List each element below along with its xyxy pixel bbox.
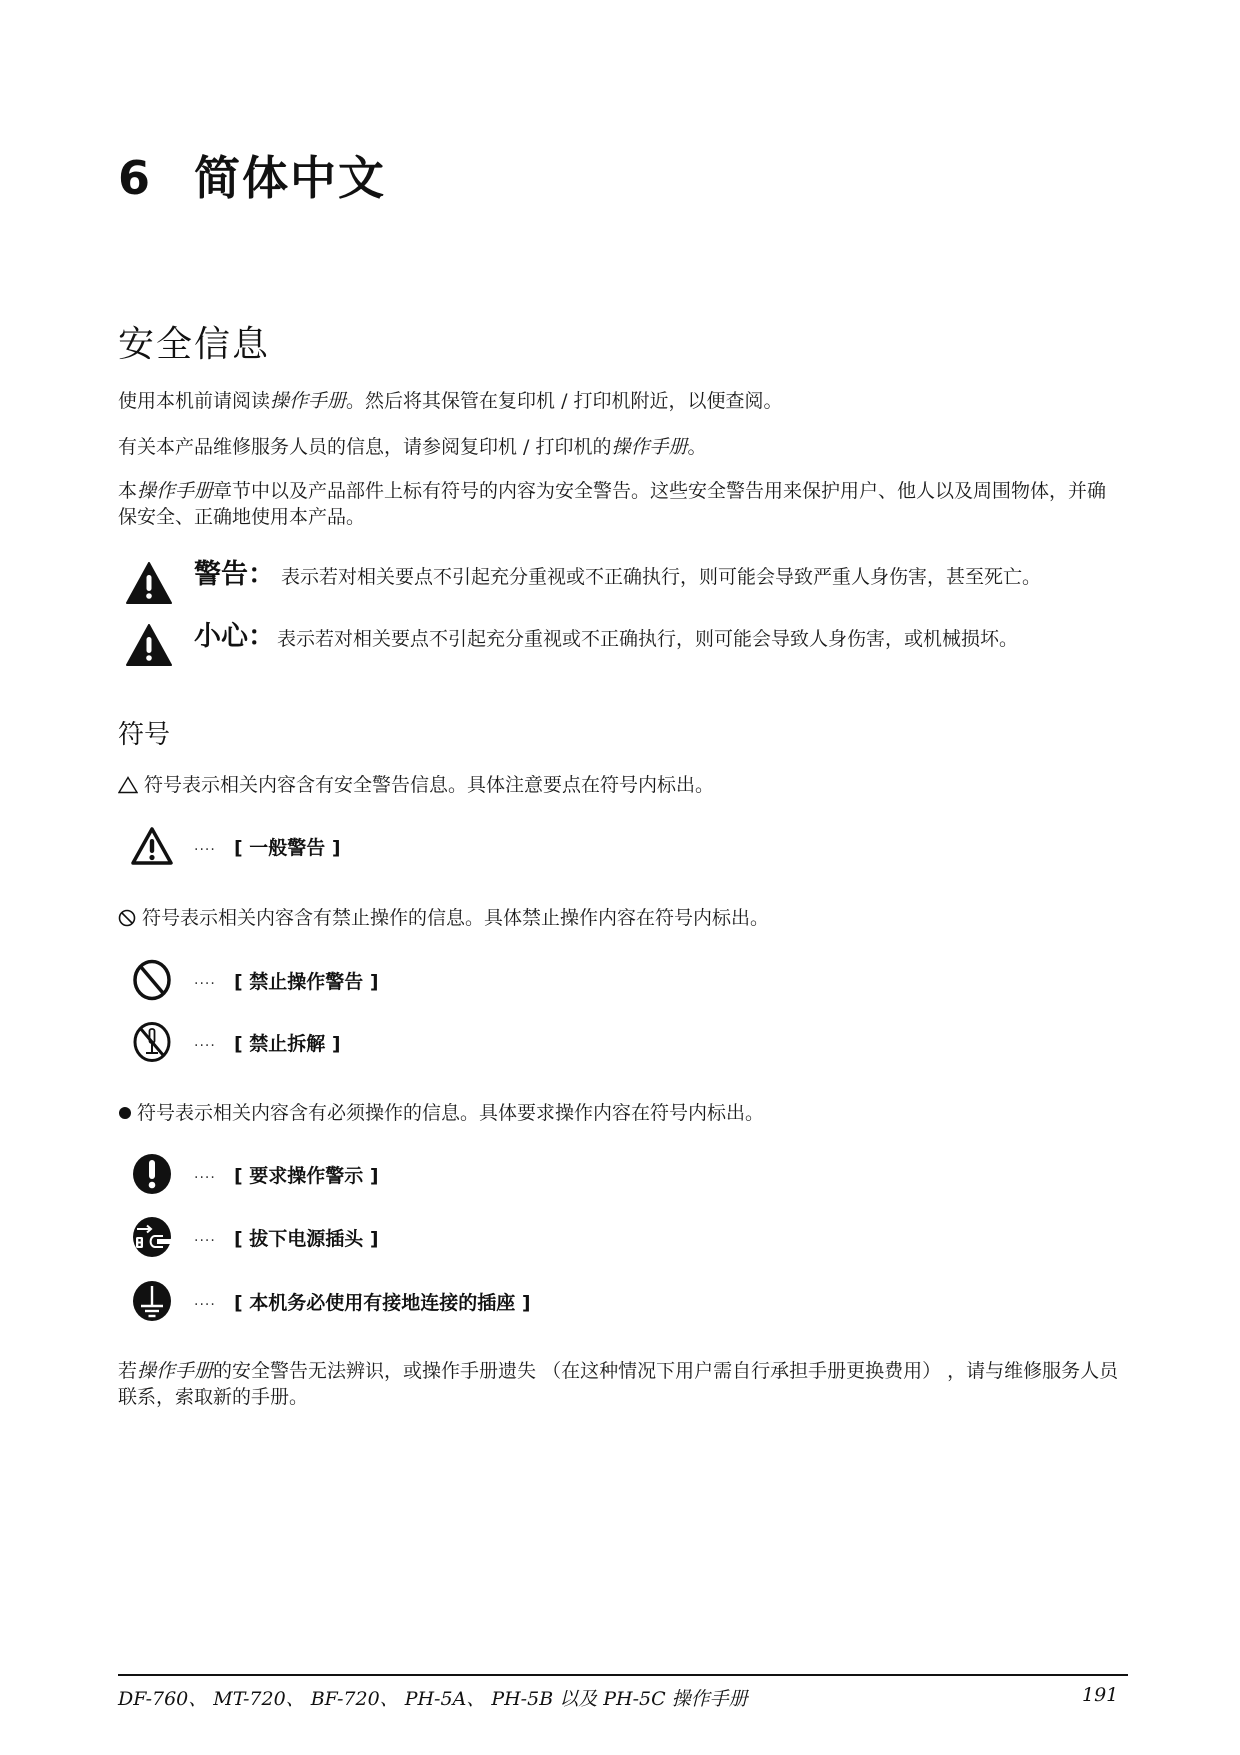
- symbol-item: .... [ 拔下电源插头 ]: [130, 1215, 379, 1259]
- manual-title-italic: 操作手册: [137, 1360, 213, 1382]
- text: 本: [118, 480, 137, 502]
- leader-dots: ....: [194, 1166, 234, 1182]
- closing-paragraph: 若操作手册的安全警告无法辨识，或操作手册遗失 （在这种情况下用户需自行承担手册更…: [118, 1358, 1124, 1410]
- text: 符号表示相关内容含有必须操作的信息。具体要求操作内容在符号内标出。: [137, 1100, 764, 1126]
- chapter-title: 简体中文: [194, 151, 386, 205]
- warning-definition: 警告： 表示若对相关要点不引起充分重视或不正确执行，则可能会导致严重人身伤害，甚…: [194, 552, 1041, 591]
- text: 若: [118, 1360, 137, 1382]
- intro-paragraph-1: 使用本机前请阅读操作手册。然后将其保管在复印机 / 打印机附近，以便查阅。: [118, 388, 783, 414]
- general-warning-icon: [130, 824, 174, 868]
- symbol-item: .... [ 要求操作警示 ]: [130, 1152, 379, 1196]
- leader-dots: ....: [194, 972, 234, 988]
- symbol-label: [ 拔下电源插头 ]: [234, 1224, 379, 1251]
- text: 。: [688, 436, 707, 458]
- symbol-group-warning-description: 符号表示相关内容含有安全警告信息。具体注意要点在符号内标出。: [118, 772, 714, 798]
- symbol-label: [ 要求操作警示 ]: [234, 1161, 379, 1188]
- text: 符号表示相关内容含有安全警告信息。具体注意要点在符号内标出。: [144, 772, 714, 798]
- symbol-item: .... [ 本机务必使用有接地连接的插座 ]: [130, 1279, 531, 1323]
- caution-definition: 小心： 表示若对相关要点不引起充分重视或不正确执行，则可能会导致人身伤害，或机械…: [194, 614, 1018, 653]
- outline-triangle-icon: [118, 776, 138, 794]
- text: 章节中以及产品部件上标有符号的内容为安全警告。这些安全警告用来保护用户、他人以及…: [118, 480, 1106, 528]
- section-title: 安全信息: [118, 316, 270, 367]
- intro-paragraph-2: 有关本产品维修服务人员的信息，请参阅复印机 / 打印机的操作手册。: [118, 434, 707, 460]
- symbols-heading: 符号: [118, 714, 170, 751]
- ground-connection-icon: [130, 1279, 174, 1323]
- symbol-label: [ 禁止拆解 ]: [234, 1029, 341, 1056]
- caution-triangle-icon: [126, 624, 172, 671]
- leader-dots: ....: [194, 838, 234, 854]
- symbol-label: [ 禁止操作警告 ]: [234, 967, 379, 994]
- no-disassembly-icon: [130, 1020, 174, 1064]
- caution-text: 表示若对相关要点不引起充分重视或不正确执行，则可能会导致人身伤害，或机械损坏。: [277, 624, 1018, 651]
- symbol-item: .... [ 禁止拆解 ]: [130, 1020, 341, 1064]
- warning-label: 警告：: [194, 552, 275, 591]
- symbol-label: [ 一般警告 ]: [234, 833, 341, 860]
- manual-title-italic: 操作手册: [137, 480, 213, 502]
- leader-dots: ....: [194, 1229, 234, 1245]
- footer-manual-title: DF-760、 MT-720、 BF-720、 PH-5A、 PH-5B 以及 …: [118, 1684, 748, 1711]
- leader-dots: ....: [194, 1293, 234, 1309]
- text: 。然后将其保管在复印机 / 打印机附近，以便查阅。: [346, 390, 782, 412]
- prohibited-action-icon: [130, 958, 174, 1002]
- filled-dot-icon: [118, 1106, 132, 1120]
- symbol-group-prohibition-description: 符号表示相关内容含有禁止操作的信息。具体禁止操作内容在符号内标出。: [118, 905, 769, 931]
- chapter-heading: 6简体中文: [118, 142, 386, 208]
- manual-title-italic: 操作手册: [611, 436, 687, 458]
- leader-dots: ....: [194, 1034, 234, 1050]
- symbol-group-mandatory-description: 符号表示相关内容含有必须操作的信息。具体要求操作内容在符号内标出。: [118, 1100, 764, 1126]
- text: 的安全警告无法辨识，或操作手册遗失 （在这种情况下用户需自行承担手册更换费用） …: [118, 1360, 1118, 1408]
- page-number: 191: [1082, 1684, 1118, 1706]
- text: 使用本机前请阅读: [118, 390, 270, 412]
- chapter-number: 6: [118, 151, 194, 205]
- caution-label: 小心：: [194, 614, 275, 653]
- symbol-label: [ 本机务必使用有接地连接的插座 ]: [234, 1288, 531, 1315]
- manual-title-italic: 操作手册: [270, 390, 346, 412]
- footer-divider: [118, 1674, 1128, 1676]
- warning-text: 表示若对相关要点不引起充分重视或不正确执行，则可能会导致严重人身伤害，甚至死亡。: [281, 562, 1041, 589]
- unplug-power-icon: [130, 1215, 174, 1259]
- intro-paragraph-3: 本操作手册章节中以及产品部件上标有符号的内容为安全警告。这些安全警告用来保护用户…: [118, 478, 1124, 530]
- symbol-item: .... [ 一般警告 ]: [130, 824, 341, 868]
- warning-triangle-icon: [126, 562, 172, 609]
- mandatory-action-icon: [130, 1152, 174, 1196]
- symbol-item: .... [ 禁止操作警告 ]: [130, 958, 379, 1002]
- text: 符号表示相关内容含有禁止操作的信息。具体禁止操作内容在符号内标出。: [142, 905, 769, 931]
- text: 有关本产品维修服务人员的信息，请参阅复印机 / 打印机的: [118, 436, 611, 458]
- prohibition-small-icon: [118, 909, 136, 927]
